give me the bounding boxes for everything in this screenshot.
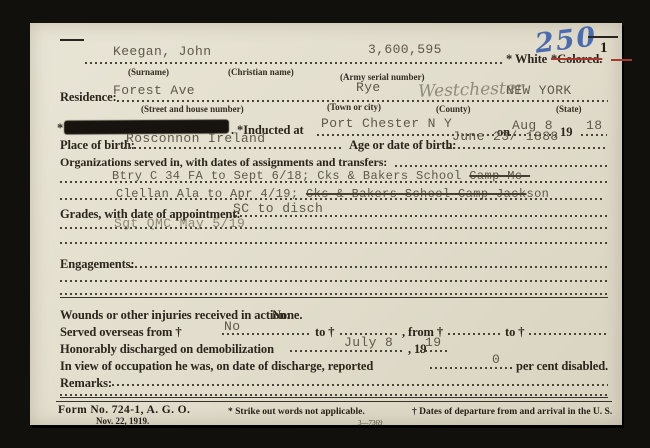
disability-value: 0 xyxy=(492,352,500,367)
birth-date-leader xyxy=(448,147,608,149)
place-of-birth-value: Rosconnon Ireland xyxy=(126,131,265,146)
form-number: Form No. 724-1, A. G. O. xyxy=(58,404,190,416)
residence-town-value: Rye xyxy=(356,80,381,95)
residence-street-value: Forest Ave xyxy=(113,83,195,98)
grades-line2-leader xyxy=(60,227,608,229)
serial-number-caption: (Army serial number) xyxy=(340,72,424,82)
date-of-birth-value: June 23/ 1888 xyxy=(452,129,559,144)
discharge-year-leader xyxy=(420,350,448,352)
wounds-label: Wounds or other injuries received in act… xyxy=(60,308,290,323)
residence-label: Residence: xyxy=(60,90,117,105)
footnote-dates: † Dates of departure from and arrival in… xyxy=(412,407,612,417)
disability-suffix: per cent disabled. xyxy=(516,359,608,374)
remarks-label: Remarks: xyxy=(60,376,112,391)
overseas-to2-label: to † xyxy=(505,325,524,340)
engagements-label: Engagements: xyxy=(60,257,135,272)
disability-leader xyxy=(430,367,512,369)
overseas-from1-value: No xyxy=(224,319,240,334)
name-line-leader xyxy=(85,62,503,64)
remarks-leader2 xyxy=(60,394,608,396)
surname-caption: (Surname) xyxy=(128,67,169,77)
overseas-leader1 xyxy=(222,333,310,335)
redaction-asterisk: * xyxy=(57,121,63,136)
overseas-leader4 xyxy=(529,333,608,335)
engagements-leader1 xyxy=(130,266,608,268)
overseas-leader3 xyxy=(448,333,502,335)
state-caption: (State) xyxy=(556,104,582,114)
red-strike-extension xyxy=(611,59,632,61)
grades-leader xyxy=(230,215,608,217)
organizations-line1-leader xyxy=(60,181,608,183)
footer-rule xyxy=(56,401,612,402)
organizations-label: Organizations served in, with dates of a… xyxy=(60,155,387,170)
race-white-label: * White xyxy=(506,52,547,67)
footnote-strike-out: * Strike out words not applicable. xyxy=(228,407,365,417)
remarks-section-rule xyxy=(60,397,608,398)
print-code: 3—7369 xyxy=(358,419,383,427)
induction-year-leader xyxy=(581,134,607,136)
street-caption: (Street and house number) xyxy=(141,104,244,114)
induction-place-value: Port Chester N Y xyxy=(321,116,452,131)
induction-year-value: 18 xyxy=(586,118,602,133)
discharge-year-value: 19 xyxy=(425,335,441,350)
wounds-value: None. xyxy=(272,308,302,323)
form-date: Nov. 22, 1919. xyxy=(96,416,149,426)
birth-place-leader xyxy=(124,147,342,149)
discharge-label: Honorably discharged on demobilization xyxy=(60,342,274,357)
army-serial-number-value: 3,600,595 xyxy=(368,42,442,57)
engagements-leader2 xyxy=(60,280,608,282)
organizations-leader xyxy=(395,165,608,167)
grades-value1: SC to disch xyxy=(233,201,323,216)
county-caption: (County) xyxy=(436,104,471,114)
overseas-to1-label: to † xyxy=(315,325,334,340)
engagements-leader3 xyxy=(60,293,608,295)
overseas-from1-label: Served overseas from † xyxy=(60,325,182,340)
place-of-birth-label: Place of birth: xyxy=(60,138,135,153)
disability-label: In view of occupation he was, on date of… xyxy=(60,359,373,374)
top-left-mark xyxy=(60,39,84,41)
soldier-name-value: Keegan, John xyxy=(113,44,211,59)
christian-name-caption: (Christian name) xyxy=(228,67,294,77)
town-caption: (Town or city) xyxy=(327,102,381,112)
grades-line3-leader xyxy=(60,242,608,244)
age-label: Age or date of birth: xyxy=(349,138,456,153)
race-colored-label-struck: *Colored. xyxy=(551,52,602,67)
discharge-date-value: July 8 xyxy=(344,335,393,350)
discharge-leader xyxy=(290,350,405,352)
engagements-section-rule xyxy=(60,297,608,298)
organizations-line2-leader xyxy=(60,198,605,200)
remarks-leader1 xyxy=(112,384,608,386)
scanned-record-page: Keegan, John 3,600,595 250 1 * White *Co… xyxy=(0,0,650,448)
page-number-overline xyxy=(588,36,618,38)
residence-state-value: NEW YORK xyxy=(506,83,572,98)
